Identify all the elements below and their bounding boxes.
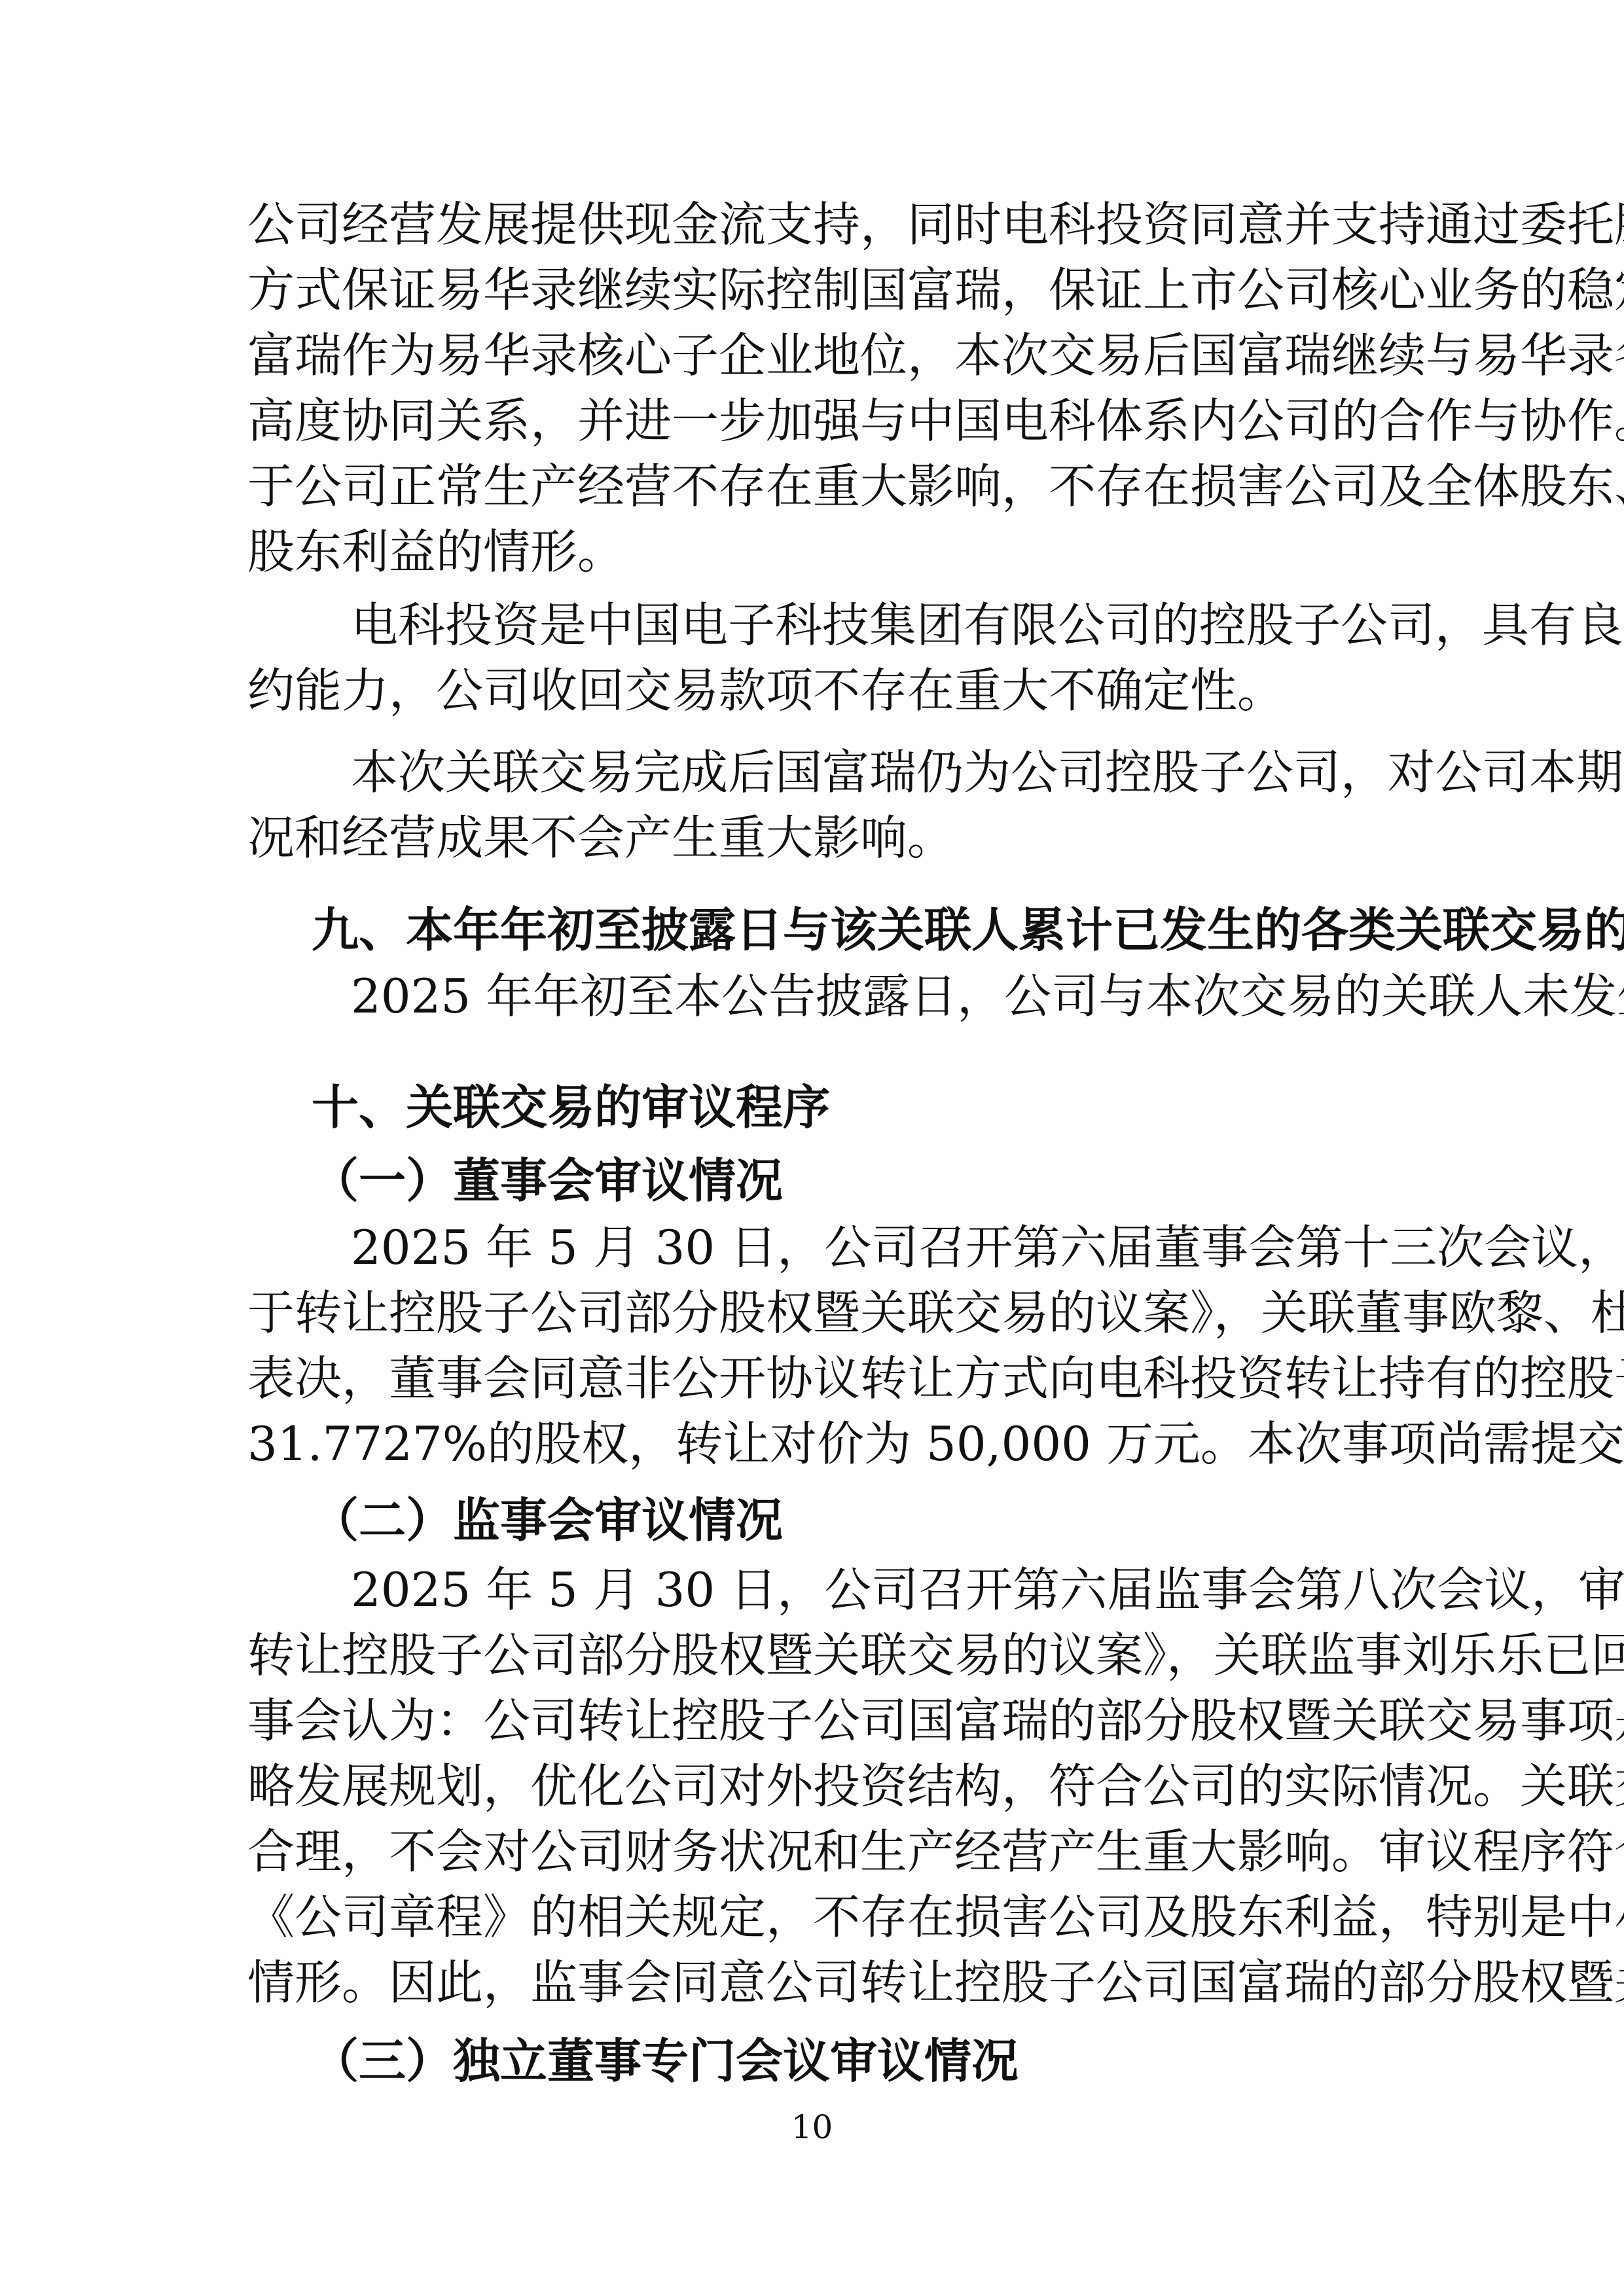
paragraph-1-line-1: 公司经营发展提供现金流支持，同时电科投资同意并支持通过委托股东表决权的 [247, 192, 1385, 257]
paragraph-4-line-1: 2025 年年初至本公告披露日，公司与本次交易的关联人未发生关联交易。 [351, 963, 1385, 1029]
board-paragraph-line-3: 表决，董事会同意非公开协议转让方式向电科投资转让持有的控股子公司国富瑞 [247, 1346, 1385, 1411]
subsection-heading-supervisory: （二）监事会审议情况 [312, 1488, 783, 1553]
paragraph-1-line-2: 方式保证易华录继续实际控制国富瑞，保证上市公司核心业务的稳定性，保持国 [247, 257, 1385, 323]
supervisory-paragraph-line-7: 情形。因此，监事会同意公司转让控股子公司国富瑞的部分股权暨关联交易事项。 [247, 1950, 1385, 2015]
supervisory-paragraph-line-1: 2025 年 5 月 30 日，公司召开第六届监事会第八次会议，审议通过了《关于 [351, 1557, 1385, 1623]
supervisory-paragraph-line-3: 事会认为：公司转让控股子公司国富瑞的部分股权暨关联交易事项是基于公司战 [247, 1688, 1385, 1753]
paragraph-1-line-3: 富瑞作为易华录核心子企业地位，本次交易后国富瑞继续与易华录各业务线保持 [247, 323, 1385, 388]
board-paragraph-line-1: 2025 年 5 月 30 日，公司召开第六届董事会第十三次会议，审议通过了《关 [351, 1215, 1385, 1280]
supervisory-paragraph-line-6: 《公司章程》的相关规定，不存在损害公司及股东利益，特别是中小股东利益的 [247, 1884, 1385, 1950]
paragraph-2-line-1: 电科投资是中国电子科技集团有限公司的控股子公司，具有良好的信誉和履 [351, 592, 1385, 658]
paragraph-2-line-2: 约能力，公司收回交易款项不存在重大不确定性。 [247, 658, 1385, 723]
board-paragraph-line-2: 于转让控股子公司部分股权暨关联交易的议案》，关联董事欧黎、杜欣军已回避 [247, 1280, 1385, 1346]
paragraph-1-line-6: 股东利益的情形。 [247, 519, 1385, 584]
document-page: 公司经营发展提供现金流支持，同时电科投资同意并支持通过委托股东表决权的 方式保证… [0, 0, 1624, 2296]
board-paragraph-line-4: 31.7727%的股权，转让对价为 50,000 万元。本次事项尚需提交股东大会… [247, 1411, 1385, 1477]
paragraph-3-line-2: 况和经营成果不会产生重大影响。 [247, 805, 1385, 870]
page-number: 10 [0, 2101, 1624, 2153]
subsection-heading-independent-directors: （三）独立董事专门会议审议情况 [312, 2028, 1019, 2094]
section-heading-10: 十、关联交易的审议程序 [312, 1075, 830, 1140]
paragraph-1-line-5: 于公司正常生产经营不存在重大影响，不存在损害公司及全体股东、特别是中小 [247, 454, 1385, 519]
supervisory-paragraph-line-5: 合理，不会对公司财务状况和生产经营产生重大影响。审议程序符合法律法规及 [247, 1819, 1385, 1884]
section-heading-9: 九、本年年初至披露日与该关联人累计已发生的各类关联交易的总金额 [312, 897, 1624, 963]
paragraph-3-line-1: 本次关联交易完成后国富瑞仍为公司控股子公司，对公司本期和未来财务状 [351, 740, 1385, 805]
paragraph-1-line-4: 高度协同关系，并进一步加强与中国电科体系内公司的合作与协作。本次交易对 [247, 388, 1385, 454]
supervisory-paragraph-line-4: 略发展规划，优化公司对外投资结构，符合公司的实际情况。关联交易定价公允、 [247, 1753, 1385, 1819]
subsection-heading-board: （一）董事会审议情况 [312, 1148, 783, 1213]
supervisory-paragraph-line-2: 转让控股子公司部分股权暨关联交易的议案》，关联监事刘乐乐已回避表决。监 [247, 1623, 1385, 1688]
